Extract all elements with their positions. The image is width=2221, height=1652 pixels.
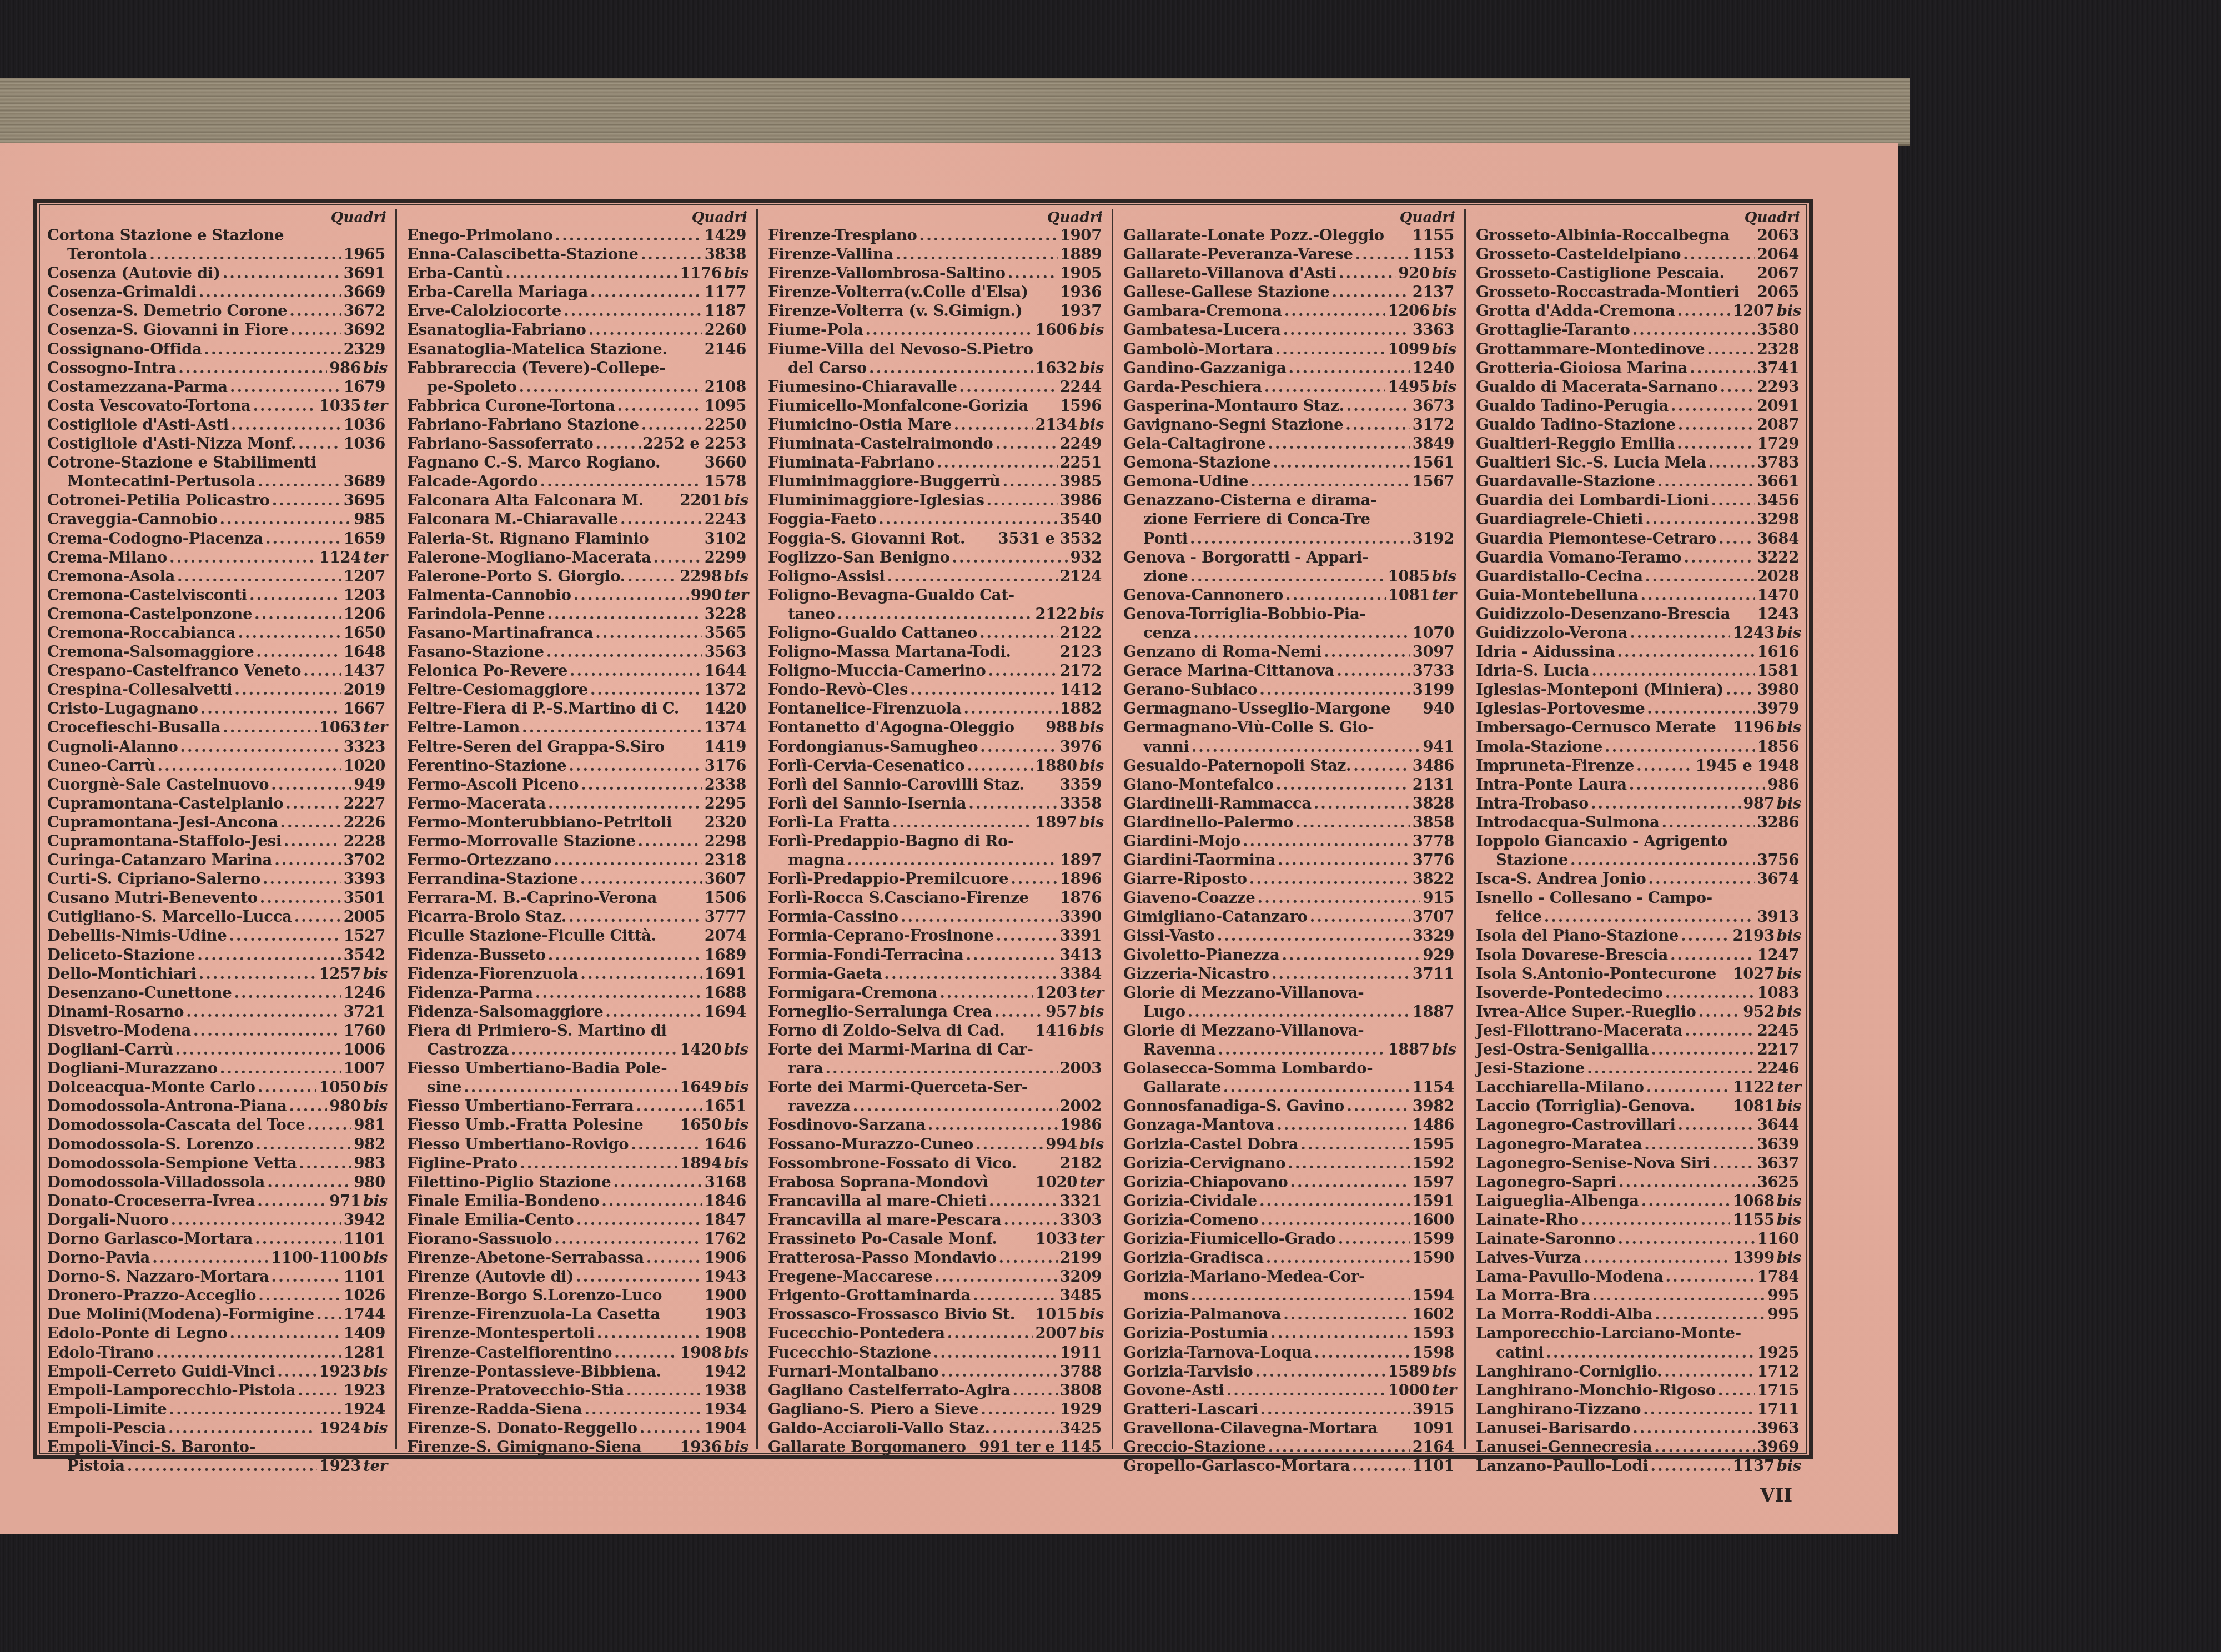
quadro-number: 3228 bbox=[705, 605, 746, 623]
table-reference-number bbox=[1799, 1324, 1801, 1343]
station-name: Edolo-Ponte di Legno bbox=[47, 1324, 227, 1343]
index-entry: Firenze-Abetone-Serrabassa1906 bbox=[407, 1248, 748, 1267]
quadro-number: 952 bbox=[1743, 1003, 1775, 1021]
table-reference-number: 1942 bbox=[705, 1362, 748, 1381]
quadro-number: 2134 bbox=[1035, 416, 1077, 434]
table-reference-number bbox=[746, 1021, 748, 1040]
station-name: Cuneo-Carrù bbox=[47, 756, 155, 775]
leader-dots bbox=[947, 1324, 1033, 1343]
leader-dots bbox=[299, 1154, 351, 1173]
leader-dots bbox=[576, 1211, 702, 1229]
index-entry: Giardini-Mojo3778 bbox=[1123, 832, 1456, 851]
station-name: Langhirano-Monchio-Rigoso bbox=[1476, 1381, 1716, 1400]
leader-dots bbox=[1249, 870, 1410, 888]
index-entry: Govone-Asti1000ter bbox=[1123, 1381, 1456, 1400]
table-reference-number: 1744 bbox=[344, 1305, 388, 1324]
leader-dots bbox=[254, 605, 341, 624]
index-entry: Terontola1965 bbox=[47, 245, 388, 264]
station-name: Guardia dei Lombardi-Lioni bbox=[1476, 491, 1709, 510]
table-reference-number: 1937 bbox=[1060, 302, 1104, 320]
station-name: Filettino-Piglio Stazione bbox=[407, 1173, 611, 1192]
leader-dots bbox=[638, 832, 702, 851]
quadro-number: 2123 bbox=[1060, 643, 1102, 661]
station-name: Furnari-Montalbano bbox=[768, 1362, 938, 1381]
table-reference-number: 3637 bbox=[1757, 1154, 1801, 1173]
station-name: Fordongianus-Samugheo bbox=[768, 737, 978, 756]
table-reference-number: 1081ter bbox=[1388, 586, 1456, 605]
station-name: Frigento-Grottaminarda bbox=[768, 1286, 971, 1305]
station-name: Germagnano-Viù-Colle S. Gio- bbox=[1123, 718, 1374, 737]
station-name: Fidenza-Fiorenzuola bbox=[407, 965, 578, 983]
station-name: Falerone-Porto S. Giorgio. bbox=[407, 567, 625, 586]
quadro-number: 986 bbox=[329, 359, 361, 377]
leader-dots bbox=[1259, 1192, 1410, 1211]
table-reference-number: 988bis bbox=[1046, 718, 1104, 737]
quadro-number: 2338 bbox=[705, 776, 746, 794]
station-name: Fiume-Villa del Nevoso-S.Pietro bbox=[768, 340, 1033, 359]
table-reference-number: 2318 bbox=[705, 851, 748, 870]
index-entry: Felonica Po-Revere1644 bbox=[407, 661, 748, 680]
table-reference-number: 3689 bbox=[344, 472, 388, 491]
table-reference-number: 1416bis bbox=[1035, 1021, 1104, 1040]
quadro-number: 1906 bbox=[705, 1249, 746, 1267]
index-entry: Fiera di Primiero-S. Martino di bbox=[407, 1021, 748, 1040]
table-reference-number: 2028 bbox=[1757, 567, 1801, 586]
station-name: Fratterosa-Passo Mondavio bbox=[768, 1248, 997, 1267]
table-reference-number bbox=[1102, 586, 1104, 605]
quadro-suffix: bis bbox=[1079, 416, 1104, 434]
table-reference-number: 3607 bbox=[705, 870, 748, 888]
table-reference-number: 3199 bbox=[1413, 680, 1456, 699]
index-entry: Curinga-Catanzaro Marina3702 bbox=[47, 851, 388, 870]
leader-dots bbox=[1346, 396, 1410, 415]
station-name: Laigueglia-Albenga bbox=[1476, 1192, 1639, 1211]
table-reference-number: 1187 bbox=[705, 302, 748, 320]
quadro-number: 1923 bbox=[319, 1457, 361, 1475]
index-entry: Gandino-Gazzaniga1240 bbox=[1123, 359, 1456, 378]
index-entry: Fregene-Maccarese3209 bbox=[768, 1267, 1104, 1286]
leader-dots bbox=[1285, 586, 1386, 605]
leader-dots bbox=[1662, 813, 1755, 832]
table-reference-number: 3828 bbox=[1413, 794, 1456, 813]
index-entry: Cupramontana-Castelplanio2227 bbox=[47, 794, 388, 813]
table-reference-number bbox=[746, 1059, 748, 1078]
station-name: Formigara-Cremona bbox=[768, 983, 937, 1002]
station-name: Genova-Torriglia-Bobbio-Pia- bbox=[1123, 605, 1366, 624]
station-name: Gavignano-Segni Stazione bbox=[1123, 415, 1343, 434]
quadro-number: 2227 bbox=[344, 795, 385, 812]
station-name: Golasecca-Somma Lombardo- bbox=[1123, 1059, 1373, 1078]
table-reference-number: 1561 bbox=[1413, 453, 1456, 472]
leader-dots bbox=[1264, 378, 1386, 396]
station-name: Lainate-Rho bbox=[1476, 1211, 1579, 1229]
leader-dots bbox=[980, 737, 1057, 756]
quadro-number: 1904 bbox=[705, 1419, 746, 1437]
index-entry: catini1925 bbox=[1476, 1343, 1801, 1362]
station-name: Dogliani-Murazzano bbox=[47, 1059, 218, 1078]
leader-dots bbox=[234, 983, 341, 1002]
index-entry: Esanatoglia-Matelica Stazione.2146 bbox=[407, 340, 748, 359]
index-entry: Cotrone-Stazione e Stabilimenti bbox=[47, 453, 388, 472]
station-name: Ravenna bbox=[1143, 1040, 1216, 1059]
quadro-number: 3199 bbox=[1413, 681, 1454, 699]
index-entry: Isoverde-Pontedecimo1083 bbox=[1476, 983, 1801, 1002]
station-name: Fossombrone-Fossato di Vico. bbox=[768, 1154, 1017, 1173]
station-name: Firenze-Vallina bbox=[768, 245, 893, 264]
station-name: Terontola bbox=[67, 245, 147, 264]
leader-dots bbox=[1632, 320, 1755, 339]
index-entry: Cupramontana-Staffolo-Jesi2228 bbox=[47, 832, 388, 851]
table-reference-number bbox=[1454, 605, 1456, 624]
station-name: Fiuminata-Fabriano bbox=[768, 453, 934, 472]
table-reference-number: 1689 bbox=[705, 946, 748, 965]
table-reference-number: 1897 bbox=[1060, 851, 1104, 870]
leader-dots bbox=[1284, 302, 1386, 320]
index-entry: Isca-S. Andrea Jonio3674 bbox=[1476, 870, 1801, 888]
leader-dots bbox=[576, 1267, 702, 1286]
quadro-number: 3733 bbox=[1413, 662, 1454, 680]
quadro-number: 1578 bbox=[705, 473, 746, 490]
quadro-suffix: ter bbox=[363, 397, 388, 415]
index-entry: Gorizia-Fiumicello-Grado1599 bbox=[1123, 1229, 1456, 1248]
table-reference-number bbox=[1102, 1078, 1104, 1097]
leader-dots bbox=[928, 1116, 1058, 1134]
station-name: felice bbox=[1496, 907, 1542, 926]
leader-dots bbox=[1258, 888, 1421, 907]
table-reference-number: 971bis bbox=[329, 1192, 388, 1211]
station-name: La Morra-Roddi-Alba bbox=[1476, 1305, 1652, 1324]
quadro-number: 1712 bbox=[1757, 1363, 1799, 1380]
quadro-suffix: bis bbox=[1079, 1003, 1104, 1021]
leader-dots bbox=[547, 605, 702, 624]
table-reference-number: 3485 bbox=[1060, 1286, 1104, 1305]
index-entry: Gallarate1154 bbox=[1123, 1078, 1456, 1097]
station-name: Gorizia-Cividale bbox=[1123, 1192, 1257, 1211]
table-reference-number: 3980 bbox=[1757, 680, 1801, 699]
index-entry: Germagnano-Usseglio-Margone940 bbox=[1123, 699, 1456, 718]
station-name: Introdacqua-Sulmona bbox=[1476, 813, 1660, 832]
quadro-number: 3756 bbox=[1757, 851, 1799, 869]
station-name: Fasano-Martinafranca bbox=[407, 624, 593, 642]
index-entry: Fermo-Ascoli Piceno2338 bbox=[407, 775, 748, 794]
station-name: Debellis-Nimis-Udine bbox=[47, 926, 227, 945]
index-entry: pe-Spoleto2108 bbox=[407, 378, 748, 396]
leader-dots bbox=[934, 1267, 1058, 1286]
index-entry: Idria-S. Lucia1581 bbox=[1476, 661, 1801, 680]
table-reference-number: 915 bbox=[1423, 888, 1456, 907]
index-entry: Dolceacqua-Monte Carlo1050bis bbox=[47, 1078, 388, 1097]
table-reference-number bbox=[1454, 718, 1456, 737]
table-reference-number: 1100-1100bis bbox=[271, 1248, 388, 1267]
station-name: Empoli-Vinci-S. Baronto- bbox=[47, 1438, 255, 1457]
quadro-number: 1911 bbox=[1060, 1344, 1102, 1362]
station-name: Cuorgnè-Sale Castelnuovo bbox=[47, 775, 269, 794]
leader-dots bbox=[996, 926, 1058, 945]
station-name: Faleria-St. Rignano Flaminio bbox=[407, 529, 649, 548]
index-entry: magna1897 bbox=[768, 851, 1104, 870]
leader-dots bbox=[554, 1229, 702, 1248]
station-name: Lagonegro-Sapri bbox=[1476, 1173, 1616, 1192]
leader-dots bbox=[1190, 567, 1385, 586]
table-reference-number: 2293 bbox=[1757, 378, 1801, 396]
quadro-number: 1196 bbox=[1732, 719, 1774, 736]
table-reference-number: 1203 bbox=[344, 586, 388, 605]
index-entry: Fossano-Murazzo-Cuneo994bis bbox=[768, 1135, 1104, 1154]
table-reference-number: 3639 bbox=[1757, 1135, 1801, 1154]
quadro-number: 3303 bbox=[1060, 1211, 1102, 1229]
station-name: Idria - Aidussina bbox=[1476, 642, 1615, 661]
index-entry: Fontanelice-Firenzuola1882 bbox=[768, 699, 1104, 718]
index-entry: Cotronei-Petilia Policastro3695 bbox=[47, 491, 388, 510]
quadro-number: 1889 bbox=[1060, 245, 1102, 263]
leader-dots bbox=[1283, 320, 1410, 339]
table-reference-number: 3674 bbox=[1757, 870, 1801, 888]
index-entry: Lamporecchio-Larciano-Monte- bbox=[1476, 1324, 1801, 1343]
quadro-suffix: bis bbox=[1432, 568, 1456, 585]
leader-dots bbox=[1570, 851, 1755, 870]
leader-dots bbox=[1591, 661, 1755, 680]
quadro-number: 2245 bbox=[1757, 1022, 1799, 1040]
index-entry: Cuorgnè-Sale Castelnuovo949 bbox=[47, 775, 388, 794]
quadro-number: 3980 bbox=[1757, 681, 1799, 699]
leader-dots bbox=[626, 1381, 702, 1400]
station-name: Gandino-Gazzaniga bbox=[1123, 359, 1286, 378]
leader-dots bbox=[285, 794, 341, 813]
station-name: Esanatoglia-Matelica Stazione. bbox=[407, 340, 667, 359]
leader-dots bbox=[180, 737, 341, 756]
leader-dots bbox=[1191, 1286, 1410, 1305]
table-reference-number: 1900 bbox=[705, 1286, 748, 1305]
leader-dots bbox=[256, 642, 341, 661]
index-entry: Intra-Ponte Laura986 bbox=[1476, 775, 1801, 794]
leader-dots bbox=[966, 946, 1058, 965]
table-reference-number: 3102 bbox=[705, 529, 748, 548]
index-entry: Gualtieri-Reggio Emilia1729 bbox=[1476, 434, 1801, 453]
index-entry: Forlì-Predappio-Bagno di Ro- bbox=[768, 832, 1104, 851]
leader-dots bbox=[1008, 264, 1058, 283]
quadro-number: 3788 bbox=[1060, 1363, 1102, 1380]
table-reference-number: 2134bis bbox=[1035, 415, 1104, 434]
index-entry: Foligno-Massa Martana-Todi.2123 bbox=[768, 642, 1104, 661]
quadro-number: 1908 bbox=[705, 1324, 746, 1342]
quadro-number: 949 bbox=[354, 776, 385, 794]
table-reference-number: 3741 bbox=[1757, 359, 1801, 378]
table-reference-number: 2217 bbox=[1757, 1040, 1801, 1059]
index-entry: Costigliole d'Asti-Nizza Monf.1036 bbox=[47, 434, 388, 453]
index-entry: Filettino-Piglio Stazione3168 bbox=[407, 1173, 748, 1192]
table-reference-number: 1594 bbox=[1413, 1286, 1456, 1305]
quadro-number: 1206 bbox=[344, 605, 385, 623]
quadro-number: 3777 bbox=[705, 908, 746, 926]
station-name: Dinami-Rosarno bbox=[47, 1002, 184, 1021]
index-entry: Guardia dei Lombardi-Lioni3456 bbox=[1476, 491, 1801, 510]
leader-dots bbox=[884, 965, 1057, 983]
leader-dots bbox=[1666, 1267, 1755, 1286]
quadro-number: 3102 bbox=[705, 530, 746, 548]
quadro-number: 2293 bbox=[1757, 378, 1799, 396]
station-name: Grottaglie-Taranto bbox=[1476, 320, 1630, 339]
leader-dots bbox=[892, 813, 1033, 832]
table-reference-number: 1101 bbox=[344, 1229, 388, 1248]
column-header-quadri: Quadri bbox=[1476, 209, 1801, 226]
table-reference-number: 940 bbox=[1423, 699, 1456, 718]
index-entry: Dorno-S. Nazzaro-Mortara1101 bbox=[47, 1267, 388, 1286]
station-name: Isola Dovarese-Brescia bbox=[1476, 946, 1668, 965]
station-name: Cosenza-Grimaldi bbox=[47, 283, 197, 302]
table-reference-number: 2251 bbox=[1060, 453, 1104, 472]
table-reference-number: 1711 bbox=[1757, 1400, 1801, 1419]
index-entry: Gonzaga-Mantova1486 bbox=[1123, 1116, 1456, 1134]
table-reference-number bbox=[1454, 1021, 1456, 1040]
quadro-suffix: bis bbox=[1777, 719, 1801, 736]
table-reference-number: 3323 bbox=[344, 737, 388, 756]
index-entry: zione Ferriere di Conca-Tre bbox=[1123, 510, 1456, 529]
quadro-number: 1409 bbox=[344, 1324, 385, 1342]
quadro-number: 1744 bbox=[344, 1305, 385, 1323]
index-entry: Gagliano Castelferrato-Agira3808 bbox=[768, 1381, 1104, 1400]
quadro-number: 1590 bbox=[1413, 1249, 1454, 1267]
quadro-number: 987 bbox=[1743, 795, 1775, 812]
quadro-suffix: bis bbox=[724, 1344, 748, 1362]
leader-dots bbox=[280, 813, 341, 832]
quadro-number: 1897 bbox=[1035, 814, 1077, 831]
index-entry: Gropello-Garlasco-Mortara1101 bbox=[1123, 1457, 1456, 1475]
index-entry: Domodossola-Sempione Vetta983 bbox=[47, 1154, 388, 1173]
station-name: Forte dei Marmi-Marina di Car- bbox=[768, 1040, 1033, 1059]
leader-dots bbox=[1711, 491, 1755, 510]
leader-dots bbox=[954, 415, 1033, 434]
index-entry: Fidenza-Fiorenzuola1691 bbox=[407, 965, 748, 983]
quadro-number: 3741 bbox=[1757, 359, 1799, 377]
leader-dots bbox=[149, 245, 341, 264]
quadro-number: 1711 bbox=[1757, 1400, 1799, 1418]
quadro-number: 982 bbox=[354, 1136, 385, 1153]
index-entry: Germagnano-Viù-Colle S. Gio- bbox=[1123, 718, 1456, 737]
quadro-number: 1070 bbox=[1413, 624, 1454, 642]
quadro-suffix: bis bbox=[1777, 965, 1801, 983]
table-reference-number: 2164 bbox=[1413, 1438, 1456, 1457]
index-entry: Cusano Mutri-Benevento3501 bbox=[47, 888, 388, 907]
quadro-number: 1602 bbox=[1413, 1305, 1454, 1323]
index-entry: Gualdo Tadino-Stazione2087 bbox=[1476, 415, 1801, 434]
leader-dots bbox=[574, 586, 689, 605]
index-entry: Idria - Aidussina1616 bbox=[1476, 642, 1801, 661]
leader-dots bbox=[255, 1135, 351, 1154]
quadro-number: 1903 bbox=[705, 1305, 746, 1323]
station-name: Giaveno-Coazze bbox=[1123, 888, 1255, 907]
index-entry: Finale Emilia-Bondeno1846 bbox=[407, 1192, 748, 1211]
station-name: Ficulle Stazione-Ficulle Città. bbox=[407, 926, 656, 945]
quadro-number: 2172 bbox=[1060, 662, 1102, 680]
quadro-number: 3692 bbox=[344, 321, 385, 339]
quadro-number: 2003 bbox=[1060, 1060, 1102, 1077]
quadro-number: 3637 bbox=[1757, 1154, 1799, 1172]
leader-dots bbox=[825, 1059, 1057, 1078]
table-reference-number: 2298bis bbox=[680, 567, 748, 586]
station-name: Gemona-Stazione bbox=[1123, 453, 1270, 472]
leader-dots bbox=[223, 718, 317, 737]
leader-dots bbox=[996, 434, 1058, 453]
table-reference-number: 1036 bbox=[344, 415, 388, 434]
quadro-number: 1243 bbox=[1757, 605, 1799, 623]
leader-dots bbox=[197, 946, 341, 965]
quadro-number: 2108 bbox=[705, 378, 746, 396]
index-entry: Fiesso Umbertiano-Badia Pole- bbox=[407, 1059, 748, 1078]
table-reference-number: 1257bis bbox=[319, 965, 388, 983]
table-reference-number: 1207bis bbox=[1732, 302, 1801, 320]
quadro-number: 932 bbox=[1070, 549, 1102, 566]
index-entry: Giardinelli-Rammacca3828 bbox=[1123, 794, 1456, 813]
station-name: Cosenza (Autovie di) bbox=[47, 264, 220, 283]
index-entry: Gimigliano-Catanzaro3707 bbox=[1123, 907, 1456, 926]
index-entry: Fiesso Umbertiano-Ferrara1651 bbox=[407, 1097, 748, 1116]
leader-dots bbox=[1650, 1457, 1730, 1475]
table-reference-number: 1911 bbox=[1060, 1343, 1104, 1362]
table-reference-number bbox=[1454, 983, 1456, 1002]
index-entry: Impruneta-Firenze1945 e 1948 bbox=[1476, 756, 1801, 775]
station-name: Erba-Cantù bbox=[407, 264, 503, 283]
leader-dots bbox=[1665, 983, 1755, 1002]
table-reference-number: 1650 bbox=[344, 624, 388, 642]
table-reference-number bbox=[385, 453, 388, 472]
quadro-number: 1020 bbox=[344, 757, 385, 775]
leader-dots bbox=[1276, 775, 1410, 794]
index-entry: Fiesso Umb.-Fratta Polesine1650bis bbox=[407, 1116, 748, 1134]
table-reference-number: 1203ter bbox=[1036, 983, 1104, 1002]
table-reference-number bbox=[1799, 888, 1801, 907]
leader-dots bbox=[152, 1248, 269, 1267]
leader-dots bbox=[1664, 1362, 1755, 1381]
index-entry: Forno di Zoldo-Selva di Cad.1416bis bbox=[768, 1021, 1104, 1040]
index-entry: Giano-Montefalco2131 bbox=[1123, 775, 1456, 794]
leader-dots bbox=[258, 1078, 317, 1097]
station-name: Foglizzo-San Benigno bbox=[768, 548, 949, 567]
station-name: Guardistallo-Cecina bbox=[1476, 567, 1643, 586]
station-name: Gallarate-Peveranza-Varese bbox=[1123, 245, 1353, 264]
table-reference-number: 981 bbox=[354, 1116, 388, 1134]
index-entry: Iglesias-Portovesme3979 bbox=[1476, 699, 1801, 718]
leader-dots bbox=[1587, 1059, 1755, 1078]
station-name: Fermo-Macerata bbox=[407, 794, 546, 813]
station-name: Lainate-Saronno bbox=[1476, 1229, 1615, 1248]
leader-dots bbox=[1647, 699, 1755, 718]
station-name: Esanatoglia-Fabriano bbox=[407, 320, 586, 339]
leader-dots bbox=[967, 756, 1033, 775]
index-entry: Gorizia-Cervignano1592 bbox=[1123, 1154, 1456, 1173]
station-name: Fiumicino-Ostia Mare bbox=[768, 415, 952, 434]
table-reference-number: 1616 bbox=[1757, 642, 1801, 661]
station-name: Fidenza-Busseto bbox=[407, 946, 546, 965]
station-name: Forno di Zoldo-Selva di Cad. bbox=[768, 1021, 1004, 1040]
leader-dots bbox=[581, 775, 702, 794]
station-name: Firenze-Volterra (v. S.Gimign.) bbox=[768, 302, 1022, 320]
index-entry: Lanzano-Paullo-Lodi1137bis bbox=[1476, 1457, 1801, 1475]
table-reference-number: 2123 bbox=[1060, 642, 1104, 661]
table-reference-number: 2295 bbox=[705, 794, 748, 813]
quadro-number: 1155 bbox=[1732, 1211, 1774, 1229]
table-reference-number: 1085bis bbox=[1388, 567, 1456, 586]
index-entry: Foglizzo-San Benigno932 bbox=[768, 548, 1104, 567]
index-entry: Cortona Stazione e Stazione bbox=[47, 226, 388, 245]
quadro-number: 1648 bbox=[344, 643, 385, 661]
index-entry: Ravenna1887bis bbox=[1123, 1040, 1456, 1059]
table-reference-number: 3565 bbox=[705, 624, 748, 642]
quadro-suffix: bis bbox=[1777, 795, 1801, 812]
quadro-suffix: ter bbox=[1432, 586, 1456, 604]
leader-dots bbox=[1718, 529, 1755, 548]
quadro-number: 3531 e 3532 bbox=[998, 530, 1102, 548]
quadro-number: 1591 bbox=[1413, 1192, 1454, 1210]
